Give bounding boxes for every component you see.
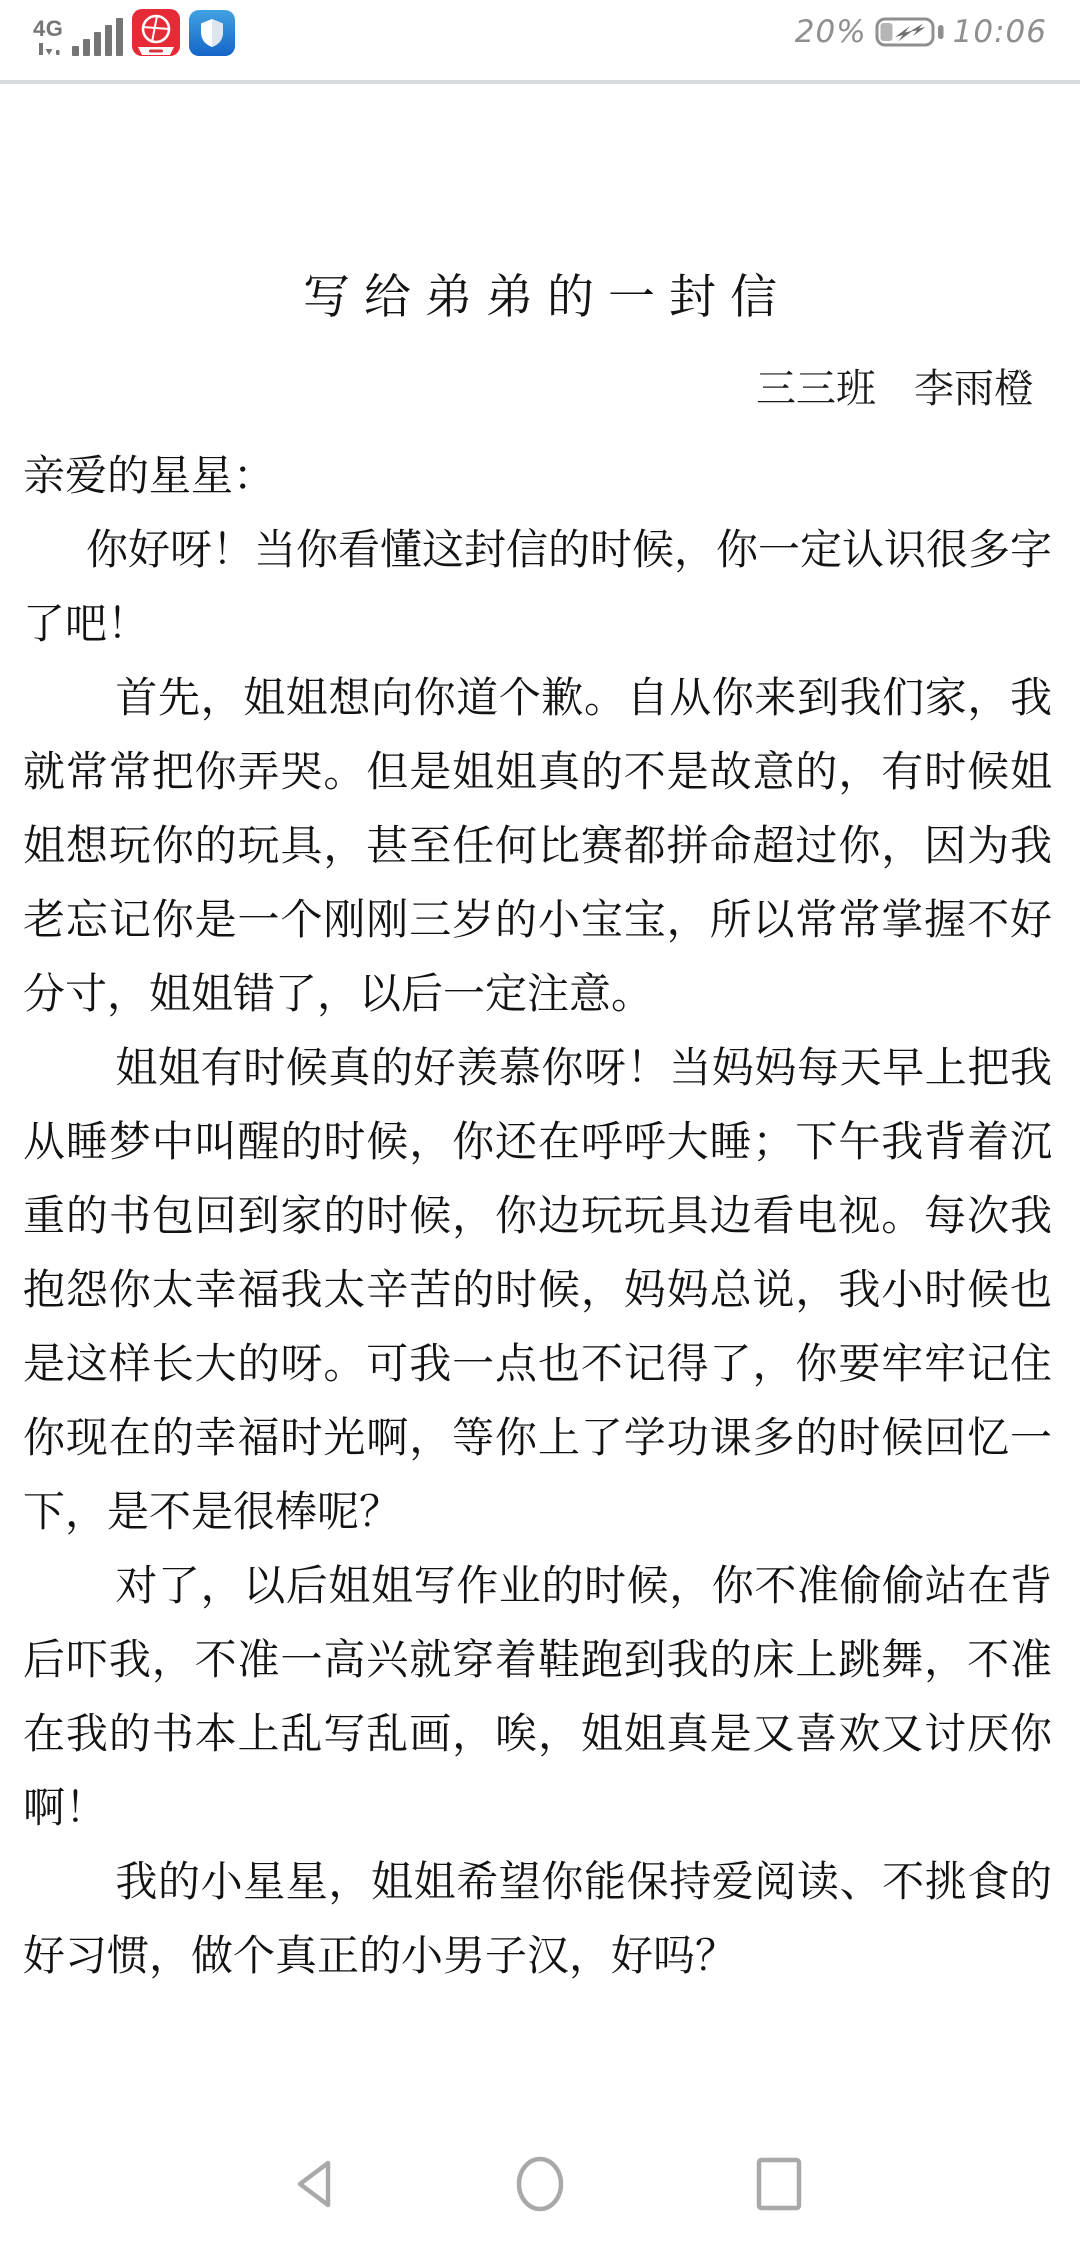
document-page[interactable]: 写给弟弟的一封信 三三班李雨橙 亲爱的星星： 你好呀！当你看懂这封信的时候，你一… <box>0 84 1080 2120</box>
letter-paragraph: 我的小星星，姐姐希望你能保持爱阅读、不挑食的好习惯，做个真正的小男子汉，好吗？ <box>23 1846 1052 1994</box>
data-activity-arrows-icon <box>35 42 61 56</box>
status-bar-left: 4G <box>33 8 235 58</box>
back-button[interactable] <box>284 2154 344 2214</box>
document-body: 亲爱的星星： 你好呀！当你看懂这封信的时候，你一定认识很多字了吧！ 首先，姐姐想… <box>0 440 1080 1994</box>
red-app-notification-icon <box>132 9 180 56</box>
network-type-label: 4G <box>33 18 63 40</box>
byline-author-name: 李雨橙 <box>914 366 1034 411</box>
home-button[interactable] <box>510 2154 570 2214</box>
network-type-indicator: 4G <box>33 18 63 58</box>
letter-paragraph: 对了，以后姐姐写作业的时候，你不准偷偷站在背后吓我，不准一高兴就穿着鞋跑到我的床… <box>23 1550 1052 1846</box>
letter-paragraph: 你好呀！当你看懂这封信的时候，你一定认识很多字了吧！ <box>23 514 1052 662</box>
document-byline: 三三班李雨橙 <box>0 357 1080 414</box>
home-circle-icon <box>512 2154 568 2214</box>
recents-button[interactable] <box>749 2154 809 2214</box>
recents-square-icon <box>754 2154 804 2214</box>
letter-salutation: 亲爱的星星： <box>23 440 1052 514</box>
android-navigation-bar <box>0 2120 1080 2244</box>
letter-paragraph: 首先，姐姐想向你道个歉。自从你来到我们家，我就常常把你弄哭。但是姐姐真的不是故意… <box>23 662 1052 1032</box>
battery-percent-label: 20% <box>795 14 867 50</box>
shield-security-app-icon <box>189 10 235 56</box>
status-bar: 4G <box>0 0 1080 62</box>
back-triangle-icon <box>288 2156 340 2212</box>
status-bar-right: 20% 10:06 <box>795 8 1047 56</box>
document-title: 写给弟弟的一封信 <box>0 260 1080 327</box>
letter-paragraph: 姐姐有时候真的好羡慕你呀！当妈妈每天早上把我从睡梦中叫醒的时候，你还在呼呼大睡；… <box>23 1032 1052 1550</box>
byline-class-name: 三三班 <box>756 366 876 411</box>
signal-strength-icon <box>72 18 123 58</box>
battery-charging-icon <box>875 15 945 49</box>
clock-label: 10:06 <box>953 14 1047 50</box>
